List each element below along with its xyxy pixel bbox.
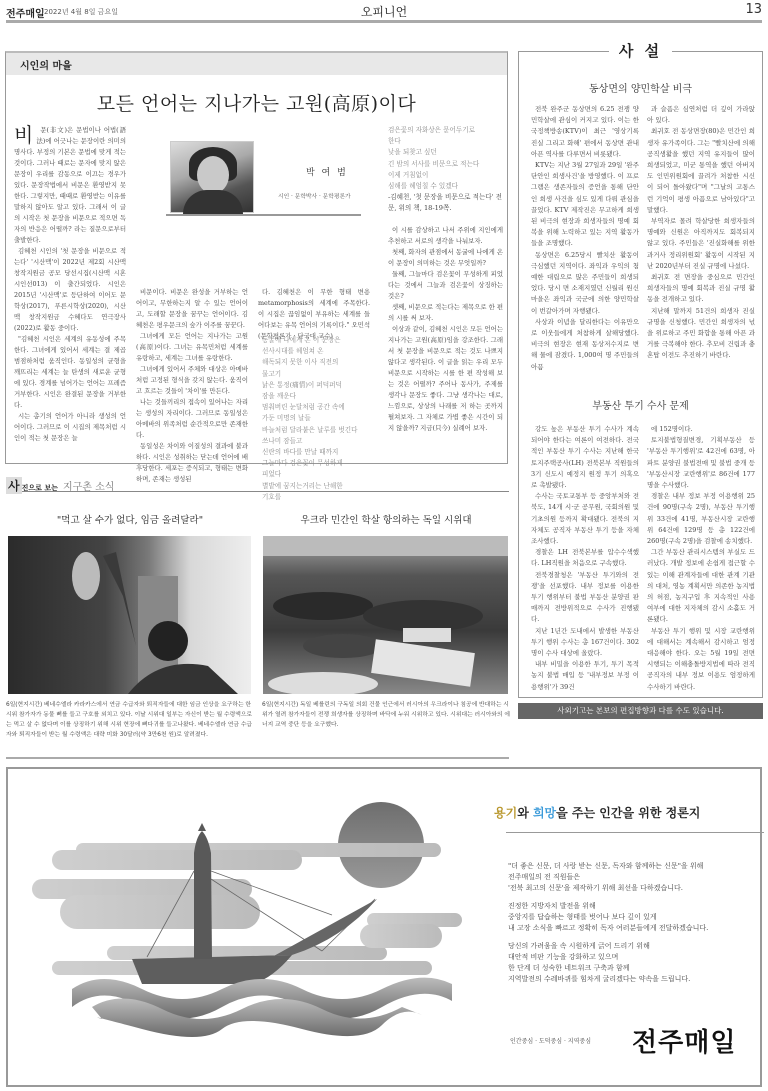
masthead: 전주매일 2022년 4월 8일 금요일 오피니언 13 xyxy=(6,0,762,22)
dropcap: 비 xyxy=(14,126,33,144)
poet-column: 시인의 마을 모든 언어는 지나가는 고원(高原)이다 박 여 범 시인 · 문… xyxy=(5,51,508,464)
page-number: 13 xyxy=(745,2,762,17)
column-header: 시인의 마을 xyxy=(6,53,507,75)
ad-paragraph-2: 진정한 지방자치 발전을 위해중앙지를 답습하는 형태를 벗어나 보다 깊이 있… xyxy=(508,901,708,934)
ad-paragraph-3: 당신의 가려움을 속 시원하게 긁어 드리기 위해대안적 비판 기능을 강화하고… xyxy=(508,941,690,985)
portrait-rule xyxy=(166,214,361,216)
photo-news-header: 사진으로 보는 지구촌 소식 xyxy=(6,475,509,492)
editorial-1-left: 전북 완주군 동상면의 6.25 전쟁 양민학살에 관심이 커지고 있다. 이는… xyxy=(531,104,639,373)
photo-news-section: 사진으로 보는 지구촌 소식 "먹고 살 수가 없다, 임금 올려달라" 우크라… xyxy=(6,475,509,492)
ad-slogan-rule xyxy=(506,832,764,833)
photo-caption-2: 6일(현지시간) 독일 베를린의 구독일 의회 건물 인근에서 러시아의 우크라… xyxy=(262,700,510,730)
paper-logo: 전주매일 xyxy=(632,1022,736,1059)
ad-motto: 인간중심 · 도덕중심 · 지역중심 xyxy=(510,1036,591,1045)
photo-venezuela-protest xyxy=(8,536,251,694)
ad-slogan: 용기와 희망을 주는 인간을 위한 정론지 xyxy=(494,804,700,821)
editorial-1-right: 과 슬픔은 심연처럼 더 깊이 가라앉아 있다. 최귀호 전 동상면장(80)은… xyxy=(647,104,755,362)
photo-title-2: 우크라 민간인 학살 항의하는 독일 시위대 xyxy=(262,512,510,526)
editorial-title-1: 동상면의 양민학살 비극 xyxy=(519,80,762,95)
ad-paragraph-1: "더 좋은 신문, 더 사랑 받는 신문, 독자와 함께하는 신문"을 위해전주… xyxy=(508,861,703,894)
ship-illustration xyxy=(12,779,472,1079)
poem-excerpt-2: 검은꽃의 자화상은 묻어두기로한다낮을 되찾고 싶던 긴 밤의 서사를 비문으로… xyxy=(388,125,503,215)
photo-title-1: "먹고 살 수가 없다, 임금 올려달라" xyxy=(6,512,254,526)
author-title: 시인 · 문학박사 · 문학평론가 xyxy=(278,191,351,200)
section-title: 오피니언 xyxy=(6,3,762,20)
editorial-2-right: 에 152명이다. 토지불법형질변경, 기획부동산 등 '부동산 투기행위'로 … xyxy=(647,424,755,693)
column-text-2: 비문이다. 비문은 완성을 거부하는 언어이고, 무한하는지 알 수 있는 언어… xyxy=(136,287,248,485)
column-title: 모든 언어는 지나가는 고원(高原)이다 xyxy=(6,89,507,116)
photo-caption-1: 6일(현지시간) 베네수엘라 카라카스에서 연금 수급자와 퇴직자들에 대한 임… xyxy=(6,700,254,740)
photo-section-rule xyxy=(6,757,509,759)
editorial-title-2: 부동산 투기 수사 문제 xyxy=(519,397,762,412)
poem-source: -김혜천, '첫 문장을 비문으로 적는다' 전문, 위의 책, 18-19쪽. xyxy=(388,192,503,214)
column-text-4: 이 시를 감상하고 나서 주위에 지인에게 추천하고 서로의 생각을 나눠보자.… xyxy=(388,225,503,434)
photo-berlin-protest xyxy=(263,536,508,694)
author-name: 박 여 범 xyxy=(306,165,348,178)
editorial-tag: 사 설 xyxy=(519,40,762,61)
masthead-rule xyxy=(6,20,762,23)
contributor-disclaimer: 사외기고는 본보의 편집방향과 다를 수도 있습니다. xyxy=(518,703,763,719)
column-text-3: 다. 김혜천은 이 무한 형태 변용 metamorphosis의 세계에 주목… xyxy=(258,287,370,342)
column-text-1: 비 문(非文)은 문법이나 어법(語法)에 어긋나는 문장이란 의미의 명사다.… xyxy=(14,125,126,444)
author-portrait xyxy=(170,141,254,213)
editorial-box: 사 설 동상면의 양민학살 비극 전북 완주군 동상면의 6.25 전쟁 양민학… xyxy=(518,51,763,698)
editorial-2-left: 강도 높은 부동산 투기 수사가 계속되어야 한다는 여론이 여전하다. 전국적… xyxy=(531,424,639,693)
